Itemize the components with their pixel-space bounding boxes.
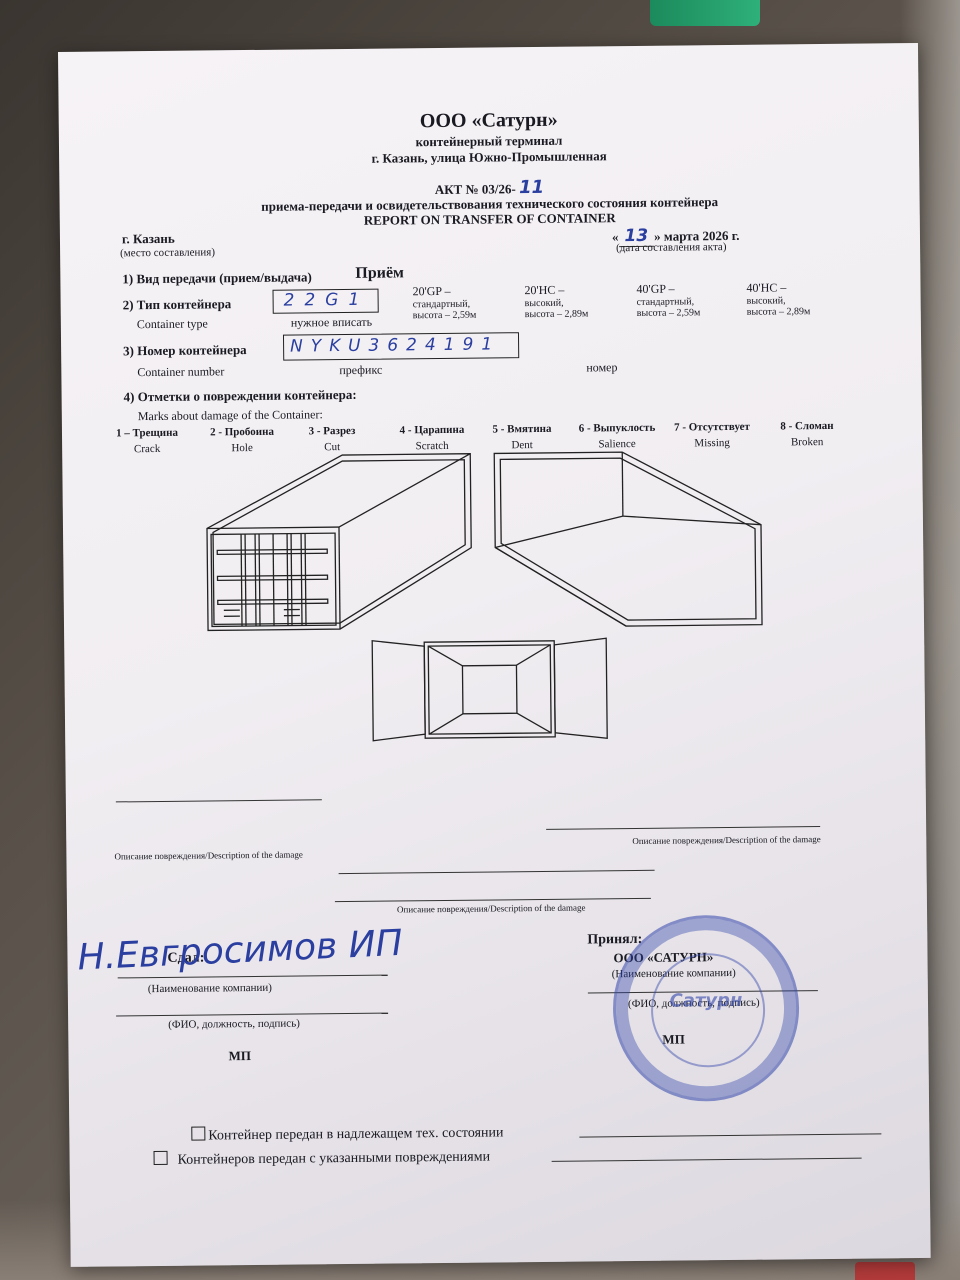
container-number-handwritten: NYKU3624191 [290, 334, 500, 356]
checkbox-icon[interactable] [154, 1151, 168, 1165]
container-type-legend: 20'GP – стандартный, высота – 2,59м 20'H… [412, 280, 862, 335]
handed-over-person-caption: (ФИО, должность, подпись) [168, 1018, 300, 1031]
red-object [855, 1262, 915, 1280]
damage-line-center-1[interactable] [339, 870, 655, 874]
type-20hc: 20'HC – высокий, высота – 2,89м [524, 282, 634, 320]
with-damage-line[interactable] [552, 1158, 862, 1162]
handed-over-company-line[interactable] [118, 975, 388, 979]
container-diagrams [192, 444, 795, 780]
damage-caption-left: Описание повреждения/Description of the … [114, 849, 303, 861]
section2-label: 2) Тип контейнера [123, 296, 232, 313]
container-view-left [206, 454, 472, 631]
container-type-box[interactable]: 22G1 [273, 289, 379, 314]
section3-label-en: Container number [137, 364, 224, 380]
container-number-box[interactable]: NYKU3624191 [283, 332, 519, 360]
checkbox-with-damage-label: Контейнеров передан с указанными поврежд… [178, 1150, 491, 1168]
type-20gp: 20'GP – стандартный, высота – 2,59м [412, 283, 522, 321]
container-type-caption: нужное вписать [291, 315, 372, 331]
container-type-handwritten: 22G1 [284, 290, 370, 311]
handed-over-person-line[interactable] [116, 1013, 388, 1017]
section3-label: 3) Номер контейнера [123, 342, 247, 359]
damage-caption-center: Описание повреждения/Description of the … [397, 903, 586, 915]
type-40gp: 40'GP – стандартный, высота – 2,59м [636, 281, 746, 319]
place-caption: (место составления) [120, 246, 215, 259]
transfer-type-value: Приём [355, 264, 404, 283]
place-value: г. Казань [122, 231, 175, 248]
act-number-label: АКТ № 03/26- [435, 181, 516, 197]
green-object [650, 0, 760, 26]
section2-label-en: Container type [137, 316, 208, 332]
company-stamp: Сатурн [612, 914, 800, 1102]
container-number-caption: номер [586, 360, 617, 375]
damage-line-right[interactable] [546, 826, 820, 830]
handed-over-signature: Н.Евгросимов ИП [77, 923, 404, 979]
checkbox-good-condition[interactable]: Контейнер передан в надлежащем тех. сост… [191, 1123, 503, 1144]
container-view-top [372, 638, 607, 740]
damage-caption-right: Описание повреждения/Description of the … [632, 834, 821, 846]
checkbox-good-condition-label: Контейнер передан в надлежащем тех. сост… [208, 1125, 503, 1143]
container-prefix-caption: префикс [339, 363, 382, 378]
handed-over-company-caption: (Наименование компании) [148, 982, 272, 995]
date-caption: (дата составления акта) [616, 241, 726, 254]
section4-label-en: Marks about damage of the Container: [138, 407, 323, 424]
damage-line-left[interactable] [116, 799, 322, 802]
container-view-right [494, 451, 762, 628]
received-label: Принял: [587, 932, 642, 949]
section4-label: 4) Отметки о повреждении контейнера: [124, 387, 357, 405]
checkbox-icon[interactable] [191, 1127, 205, 1141]
good-condition-line[interactable] [579, 1133, 881, 1137]
section1-label: 1) Вид передачи (прием/выдача) [122, 269, 312, 287]
checkbox-with-damage[interactable]: Контейнеров передан с указанными поврежд… [154, 1148, 491, 1170]
document-sheet: ООО «Сатурн» контейнерный терминал г. Ка… [58, 43, 931, 1267]
damage-line-center-2[interactable] [335, 898, 651, 902]
handed-over-seal: МП [228, 1048, 251, 1064]
stamp-text: Сатурн [616, 989, 796, 1012]
type-40hc: 40'HC – высокий, высота – 2,89м [746, 280, 856, 318]
